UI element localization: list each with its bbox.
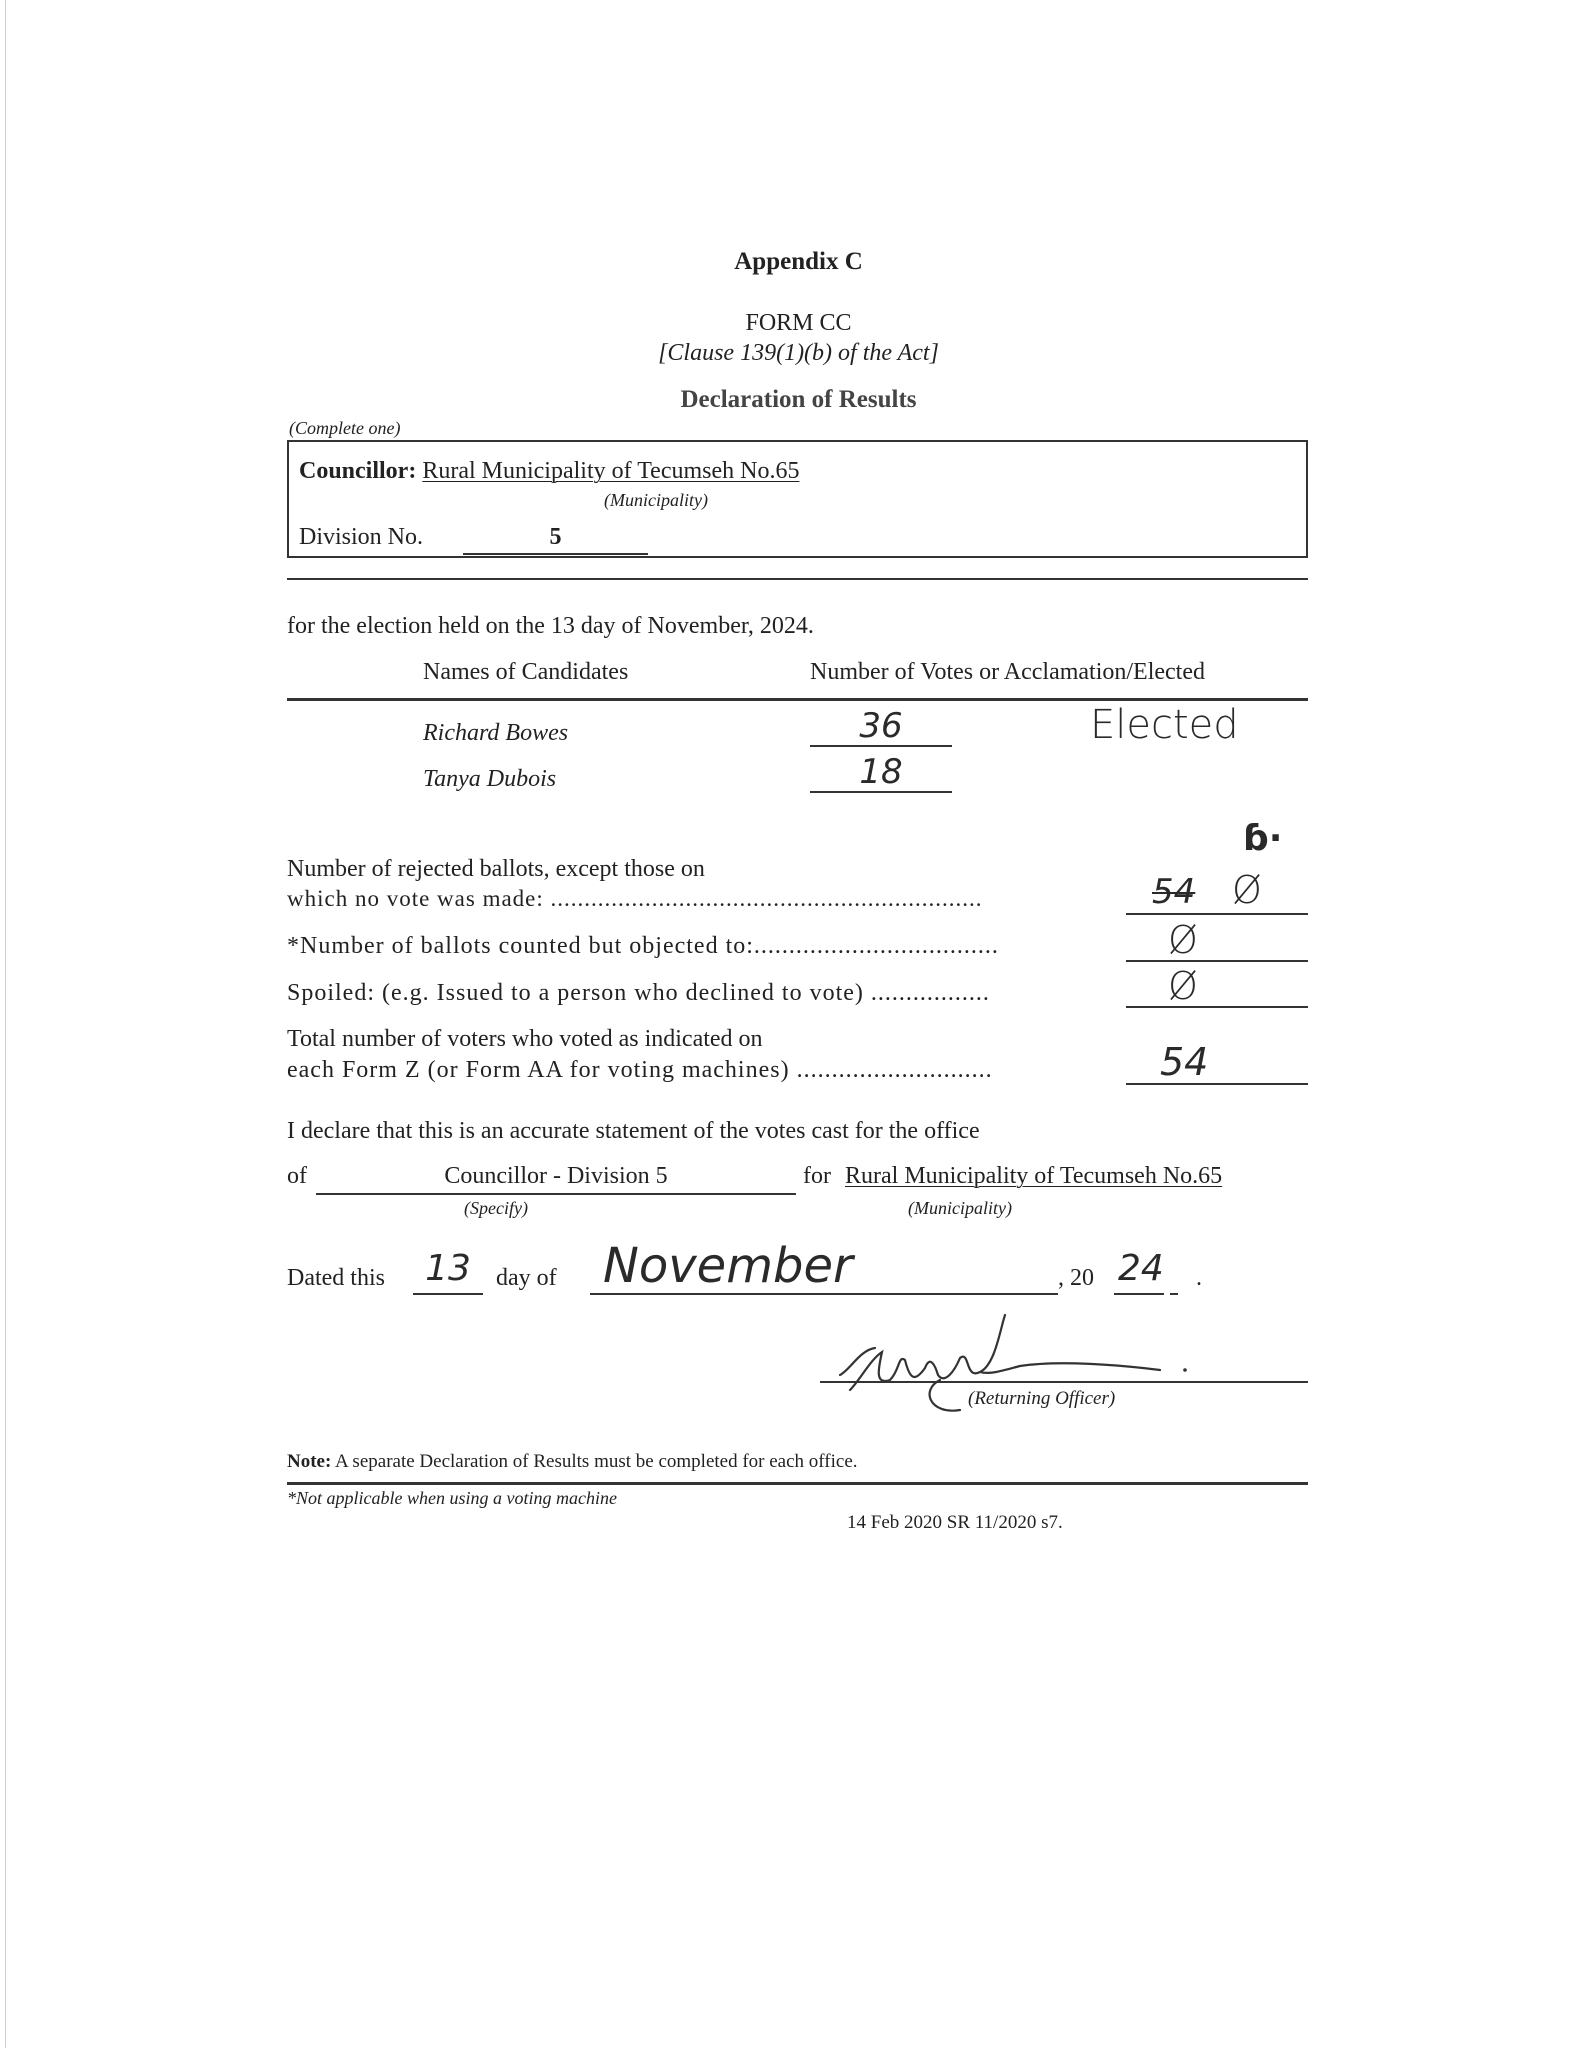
footer-rule <box>287 1482 1308 1485</box>
declaration-municipality-caption: (Municipality) <box>845 1198 1075 1219</box>
division-value[interactable]: 5 <box>463 524 648 551</box>
objected-value[interactable]: Ø <box>1168 918 1198 962</box>
rejected-underline <box>1126 913 1308 915</box>
total-underline <box>1126 1083 1308 1085</box>
appendix-heading: Appendix C <box>7 248 1583 276</box>
office-specify-value[interactable]: Councillor - Division 5 <box>316 1163 796 1190</box>
complete-one-caption: (Complete one) <box>289 418 400 439</box>
note-label: Note: <box>287 1451 331 1472</box>
dated-day-value[interactable]: 13 <box>413 1248 483 1289</box>
total-value[interactable]: 54 <box>1160 1040 1208 1084</box>
total-label-cont: each Form Z (or Form AA for voting machi… <box>287 1057 993 1084</box>
signature-line <box>820 1381 1308 1383</box>
candidate-status[interactable]: Elected <box>1090 702 1239 748</box>
candidate-votes[interactable]: 36 <box>810 706 952 746</box>
rejected-value-struck: 54 <box>1152 872 1195 912</box>
page-edge <box>5 0 6 2048</box>
objected-label: *Number of ballots counted but objected … <box>287 933 999 960</box>
clause-reference: [Clause 139(1)(b) of the Act] <box>7 340 1583 367</box>
signature-caption: (Returning Officer) <box>968 1388 1115 1410</box>
note: Note: A separate Declaration of Results … <box>287 1451 858 1473</box>
candidate-name: Tanya Dubois <box>423 766 556 793</box>
division-label: Division No. <box>299 524 423 551</box>
division-underline <box>463 553 648 555</box>
votes-underline <box>810 745 952 747</box>
section-divider <box>287 578 1308 580</box>
year-underline-dash <box>1170 1293 1178 1295</box>
col-header-names: Names of Candidates <box>423 659 628 686</box>
dated-month-underline <box>590 1293 1058 1295</box>
rejected-label: Number of rejected ballots, except those… <box>287 856 705 883</box>
municipality-caption: (Municipality) <box>604 490 708 511</box>
office-specify-underline <box>316 1193 796 1195</box>
rejected-value[interactable]: Ø <box>1232 868 1262 912</box>
year-underline <box>1114 1293 1164 1295</box>
total-label: Total number of voters who voted as indi… <box>287 1026 763 1053</box>
spoiled-value[interactable]: Ø <box>1168 964 1198 1008</box>
note-text: A separate Declaration of Results must b… <box>331 1451 857 1472</box>
candidate-votes[interactable]: 18 <box>810 752 952 792</box>
day-of-label: day of <box>496 1265 557 1292</box>
of-label: of <box>287 1163 307 1190</box>
footnote: *Not applicable when using a voting mach… <box>287 1488 617 1509</box>
for-label: for <box>803 1163 831 1190</box>
document-title: Declaration of Results <box>7 386 1583 414</box>
office-label: Councillor: <box>299 458 416 484</box>
dated-label: Dated this <box>287 1265 385 1292</box>
office-municipality: Rural Municipality of Tecumseh No.65 <box>422 458 799 484</box>
form-code: FORM CC <box>7 310 1583 337</box>
election-sentence: for the election held on the 13 day of N… <box>287 613 814 640</box>
rejected-label-cont: which no vote was made: ................… <box>287 886 983 912</box>
specify-caption: (Specify) <box>316 1198 676 1219</box>
candidate-name: Richard Bowes <box>423 720 568 747</box>
dated-day-underline <box>413 1293 483 1295</box>
citation: 14 Feb 2020 SR 11/2020 s7. <box>847 1512 1063 1534</box>
col-header-votes: Number of Votes or Acclamation/Elected <box>810 659 1205 686</box>
dated-month-value[interactable]: November <box>603 1238 853 1294</box>
table-header-rule <box>287 698 1308 701</box>
office-line: Councillor: Rural Municipality of Tecums… <box>299 458 799 485</box>
spoiled-label: Spoiled: (e.g. Issued to a person who de… <box>287 980 990 1007</box>
year-suffix-value[interactable]: 24 <box>1118 1248 1164 1289</box>
year-prefix: , 20 <box>1058 1265 1094 1292</box>
spoiled-underline <box>1126 1006 1308 1008</box>
declaration-municipality: Rural Municipality of Tecumseh No.65 <box>845 1163 1222 1190</box>
objected-underline <box>1126 960 1308 962</box>
declaration-statement: I declare that this is an accurate state… <box>287 1118 980 1145</box>
period: . <box>1196 1265 1202 1292</box>
correction-initials: ɓ· <box>1243 818 1282 859</box>
votes-underline <box>810 791 952 793</box>
